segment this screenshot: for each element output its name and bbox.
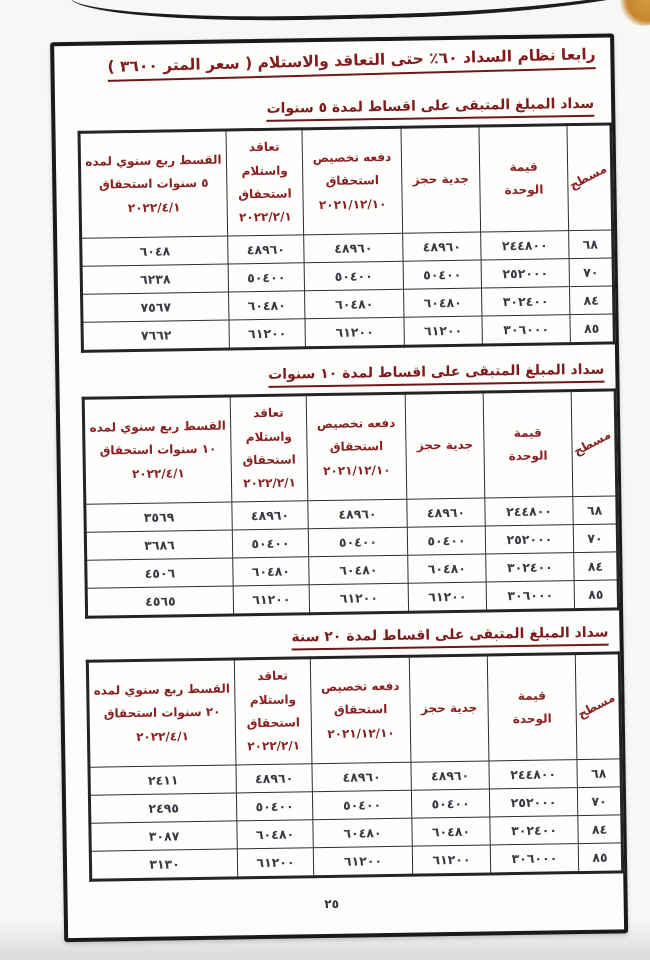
table-cell: ٦١٢٠٠ (313, 846, 412, 877)
table-cell: ٤٨٩٦٠ (236, 764, 312, 793)
table-cell: ٦٠٤٨٠ (237, 820, 313, 849)
table-cell: ٤٨٩٦٠ (308, 499, 407, 529)
header-line: الوحدة (486, 444, 569, 469)
table-cell: ٦٠٤٨٠ (408, 554, 486, 583)
col-header-contract: تعاقد واستلام استحقاق ٢٠٢٢/٢/١ (230, 395, 308, 502)
table-cell: ٢٤٤٨٠٠ (489, 760, 577, 789)
table-cell: ٦٠٤٨٠ (229, 291, 305, 320)
header-line: الوحدة (491, 707, 574, 732)
table-cell: ٢٤٤٨٠٠ (481, 231, 569, 260)
header-line: استحقاق (234, 448, 305, 473)
table-cell: ٤٨٩٦٠ (411, 761, 489, 790)
table-cell: ٥٠٤٠٠ (228, 263, 304, 292)
header-line: واستلام (237, 688, 308, 713)
table-cell: ٦٠٤٨٠ (313, 818, 412, 848)
col-header-contract: تعاقد واستلام استحقاق ٢٠٢٢/٢/١ (226, 129, 304, 236)
table-cell: ٣٠٢٤٠٠ (490, 816, 578, 845)
table-cell: ٦٨ (573, 496, 617, 525)
col-header-unit-value: قيمة الوحدة (483, 391, 573, 498)
table-cell: ٦١٢٠٠ (305, 317, 404, 348)
col-header-allocation: دفعه تخصيص استحقاق ٢٠٢١/١٢/١٠ (310, 656, 411, 764)
header-line: ٢٠ سنوات استحقاق (91, 701, 232, 727)
header-line: استحقاق (305, 169, 399, 194)
table-cell: ٧٦٦٢ (82, 320, 229, 351)
table-cell: ٤٨٩٦٠ (304, 233, 403, 263)
header-line: استحقاق (238, 711, 309, 736)
table-cell: ٤٨٩٦٠ (312, 762, 411, 792)
table-cell: ٣١٣٠ (90, 849, 237, 880)
header-line: دفعه تخصيص (309, 412, 403, 437)
col-header-reservation: جدية حجز (405, 392, 485, 499)
table-header-row: مسطح قيمة الوحدة جدية حجز دفعه تخصيص است… (79, 124, 613, 238)
table-cell: ٤٥٦٥ (86, 586, 233, 617)
col-header-installment: القسط ربع سنوي لمده ١٠ سنوات استحقاق ٢٠٢… (83, 396, 232, 504)
table-cell: ٣٥٦٩ (85, 502, 232, 532)
header-line: ٢٠٢١/١٢/١٠ (314, 721, 408, 746)
table-cell: ٢٥٢٠٠٠ (481, 259, 569, 288)
header-line: القسط ربع سنوي لمده (83, 148, 224, 174)
header-line: تعاقد (237, 665, 308, 690)
table-cell: ٤٨٩٦٠ (403, 232, 481, 261)
header-line: ١٠ سنوات استحقاق (87, 438, 228, 464)
table-cell: ٦٠٤٨ (81, 236, 228, 266)
table-cell: ٣٠٦٠٠٠ (482, 315, 570, 345)
table-body: ٦٨٢٤٤٨٠٠٤٨٩٦٠٤٨٩٦٠٤٨٩٦٠٢٤١١٧٠٢٥٢٠٠٠٥٠٤٠٠… (89, 759, 623, 880)
scanned-page-canvas: رابعا نظام السداد ٦٠٪ حتى التعاقد والاست… (0, 0, 650, 960)
header-line: ٥ سنوات استحقاق (83, 172, 224, 198)
table-cell: ٧٠ (573, 524, 617, 553)
table-cell: ٥٠٤٠٠ (236, 792, 312, 821)
col-header-installment: القسط ربع سنوي لمده ٢٠ سنوات استحقاق ٢٠٢… (87, 659, 236, 767)
table-cell: ٦٠٤٨٠ (233, 557, 309, 586)
table-cell: ٣٠٢٤٠٠ (486, 553, 574, 582)
table-cell: ٢٥٢٠٠٠ (489, 788, 577, 817)
header-line: الوحدة (482, 178, 565, 203)
header-line: ٢٠٢١/١٢/١٠ (310, 458, 404, 483)
table-cell: ٥٠٤٠٠ (411, 789, 489, 818)
table-cell: ٧٠ (569, 258, 613, 287)
table-cell: ٥٠٤٠٠ (403, 260, 481, 289)
header-line: قيمة (482, 155, 565, 180)
header-line: القسط ربع سنوي لمده (87, 414, 228, 440)
table-cell: ٦١٢٠٠ (233, 585, 309, 615)
table-cell: ٣٠٦٠٠٠ (490, 844, 578, 874)
table-cell: ٦٢٣٨ (81, 264, 228, 294)
table-header-row: مسطح قيمة الوحدة جدية حجز دفعه تخصيص است… (83, 390, 617, 504)
table-cell: ٨٥ (578, 843, 622, 873)
installments-table-20-years: مسطح قيمة الوحدة جدية حجز دفعه تخصيص است… (86, 651, 624, 881)
table-cell: ٥٠٤٠٠ (407, 526, 485, 555)
header-line: ٢٠٢٢/٤/١ (88, 461, 229, 487)
table-cell: ٣٠٢٤٠٠ (482, 287, 570, 316)
header-line: دفعه تخصيص (305, 146, 399, 171)
table-cell: ٧٠ (577, 787, 621, 816)
header-line: واستلام (233, 425, 304, 450)
header-line: ٢٠٢١/١٢/١٠ (306, 192, 400, 217)
col-header-contract: تعاقد واستلام استحقاق ٢٠٢٢/٢/١ (234, 658, 312, 765)
header-line: ٢٠٢٢/٢/١ (234, 472, 305, 497)
table-cell: ٦٠٤٨٠ (404, 288, 482, 317)
header-line: واستلام (229, 159, 300, 184)
col-header-installment: القسط ربع سنوي لمده ٥ سنوات استحقاق ٢٠٢٢… (79, 130, 228, 238)
table-cell: ٦١٢٠٠ (412, 845, 490, 875)
header-line: استحقاق (309, 435, 403, 460)
header-line: جدية حجز (412, 697, 485, 722)
table-body: ٦٨٢٤٤٨٠٠٤٨٩٦٠٤٨٩٦٠٤٨٩٦٠٣٥٦٩٧٠٢٥٢٠٠٠٥٠٤٠٠… (85, 496, 619, 617)
table-cell: ٢٤١١ (89, 765, 236, 795)
table-cell: ٥٠٤٠٠ (308, 527, 407, 557)
table-cell: ٥٠٤٠٠ (304, 261, 403, 291)
header-line: استحقاق (313, 698, 407, 723)
table-cell: ٤٨٩٦٠ (407, 498, 485, 527)
table-cell: ٣٦٨٦ (85, 530, 232, 560)
col-header-area: مسطح (575, 653, 621, 760)
header-line: قيمة (486, 421, 569, 446)
col-header-area-label: مسطح (565, 158, 611, 197)
header-line: ٢٠٢٢/٢/١ (238, 735, 309, 760)
table-cell: ٦١٢٠٠ (309, 583, 408, 614)
table-cell: ٦١٢٠٠ (237, 848, 313, 878)
header-line: تعاقد (233, 402, 304, 427)
table-cell: ٣٠٨٧ (90, 821, 237, 851)
col-header-area-label: مسطح (573, 687, 619, 726)
col-header-unit-value: قيمة الوحدة (487, 654, 577, 761)
table-cell: ٨٤ (569, 286, 613, 315)
table-cell: ٤٨٩٦٠ (232, 501, 308, 530)
table-body: ٦٨٢٤٤٨٠٠٤٨٩٦٠٤٨٩٦٠٤٨٩٦٠٦٠٤٨٧٠٢٥٢٠٠٠٥٠٤٠٠… (81, 230, 615, 351)
header-line: ٢٠٢٢/٤/١ (92, 724, 233, 750)
table-cell: ٦٠٤٨٠ (412, 817, 490, 846)
header-line: القسط ربع سنوي لمده (91, 677, 232, 703)
table-cell: ٥٠٤٠٠ (232, 529, 308, 558)
header-line: ٢٠٢٢/٢/١ (230, 206, 301, 231)
table-cell: ٨٥ (570, 314, 614, 344)
col-header-area-label: مسطح (569, 424, 615, 463)
table-cell: ٨٥ (574, 580, 618, 610)
col-header-allocation: دفعه تخصيص استحقاق ٢٠٢١/١٢/١٠ (306, 393, 407, 501)
header-line: تعاقد (229, 136, 300, 161)
table-cell: ٤٥٠٦ (86, 558, 233, 588)
table-cell: ٧٥٦٧ (82, 292, 229, 322)
installments-table-5-years: مسطح قيمة الوحدة جدية حجز دفعه تخصيص است… (77, 122, 615, 352)
header-line: ٢٠٢٢/٤/١ (84, 195, 225, 221)
col-header-area: مسطح (571, 390, 617, 497)
header-line: استحقاق (229, 182, 300, 207)
installments-table-10-years: مسطح قيمة الوحدة جدية حجز دفعه تخصيص است… (82, 388, 620, 618)
table-cell: ٨٤ (574, 552, 618, 581)
header-line: جدية حجز (404, 168, 477, 193)
table-cell: ٣٠٦٠٠٠ (486, 581, 574, 611)
col-header-reservation: جدية حجز (401, 126, 481, 233)
col-header-reservation: جدية حجز (409, 655, 489, 762)
table-cell: ٢٥٢٠٠٠ (485, 525, 573, 554)
col-header-allocation: دفعه تخصيص استحقاق ٢٠٢١/١٢/١٠ (302, 127, 403, 235)
table-cell: ٥٠٤٠٠ (312, 790, 411, 820)
table-cell: ٦٨ (577, 759, 621, 788)
header-line: دفعه تخصيص (313, 675, 407, 700)
table-cell: ٢٤٤٨٠٠ (485, 497, 573, 526)
header-line: جدية حجز (408, 434, 481, 459)
table-cell: ٦٠٤٨٠ (309, 555, 408, 585)
table-cell: ٦١٢٠٠ (229, 319, 305, 349)
table-cell: ٤٨٩٦٠ (228, 235, 304, 264)
document-page: رابعا نظام السداد ٦٠٪ حتى التعاقد والاست… (0, 0, 650, 960)
table-cell: ٦٠٤٨٠ (305, 289, 404, 319)
table-cell: ٦٨ (569, 230, 613, 259)
col-header-unit-value: قيمة الوحدة (479, 125, 569, 232)
table-header-row: مسطح قيمة الوحدة جدية حجز دفعه تخصيص است… (87, 653, 621, 767)
table-cell: ٢٤٩٥ (89, 793, 236, 823)
table-cell: ٦١٢٠٠ (404, 316, 482, 346)
table-cell: ٦١٢٠٠ (408, 582, 486, 612)
col-header-area: مسطح (567, 124, 613, 231)
table-cell: ٨٤ (578, 815, 622, 844)
header-line: قيمة (490, 684, 573, 709)
